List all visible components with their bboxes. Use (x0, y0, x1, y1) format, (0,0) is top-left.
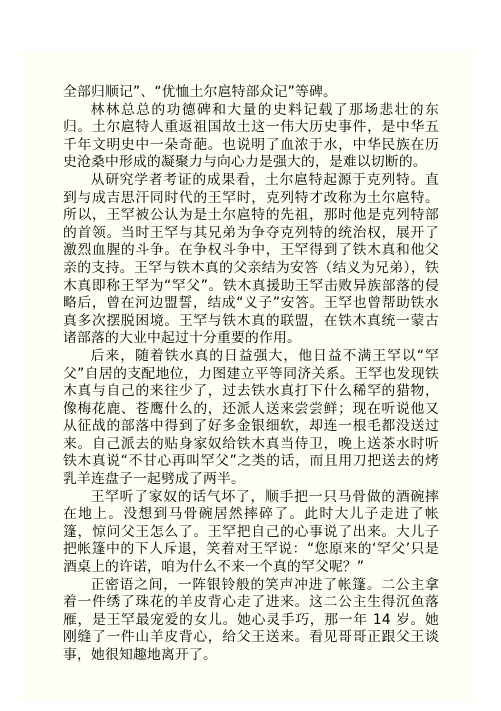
paragraph: 后来，随着铁水真的日益强大，他日益不满王罕以“罕父”自居的支配地位，力图建立平等… (63, 348, 439, 489)
text-block: 全部归顺记”、“优恤土尔扈特部众记”等碑。 林林总总的功德碑和大量的史料记载了那… (63, 84, 439, 665)
paragraph: 正密语之间，一阵银铃般的笑声冲进了帐篷。二公主拿着一件绣了珠花的羊皮背心走了进来… (63, 577, 439, 665)
document-viewport: 全部归顺记”、“优恤土尔扈特部众记”等碑。 林林总总的功德碑和大量的史料记载了那… (0, 0, 501, 711)
paragraph: 从研究学者考证的成果看，土尔扈特起源于克列特。直到与成吉思汗同时代的王罕时，克列… (63, 172, 439, 348)
paragraph: 王罕听了家奴的话气坏了，顺手把一只马骨做的酒碗摔在地上。没想到马骨碗居然摔碎了。… (63, 489, 439, 577)
paragraph: 林林总总的功德碑和大量的史料记载了那场悲壮的东归。土尔扈特人重返祖国故土这一伟大… (63, 102, 439, 172)
paragraph-continuation: 全部归顺记”、“优恤土尔扈特部众记”等碑。 (63, 84, 439, 102)
